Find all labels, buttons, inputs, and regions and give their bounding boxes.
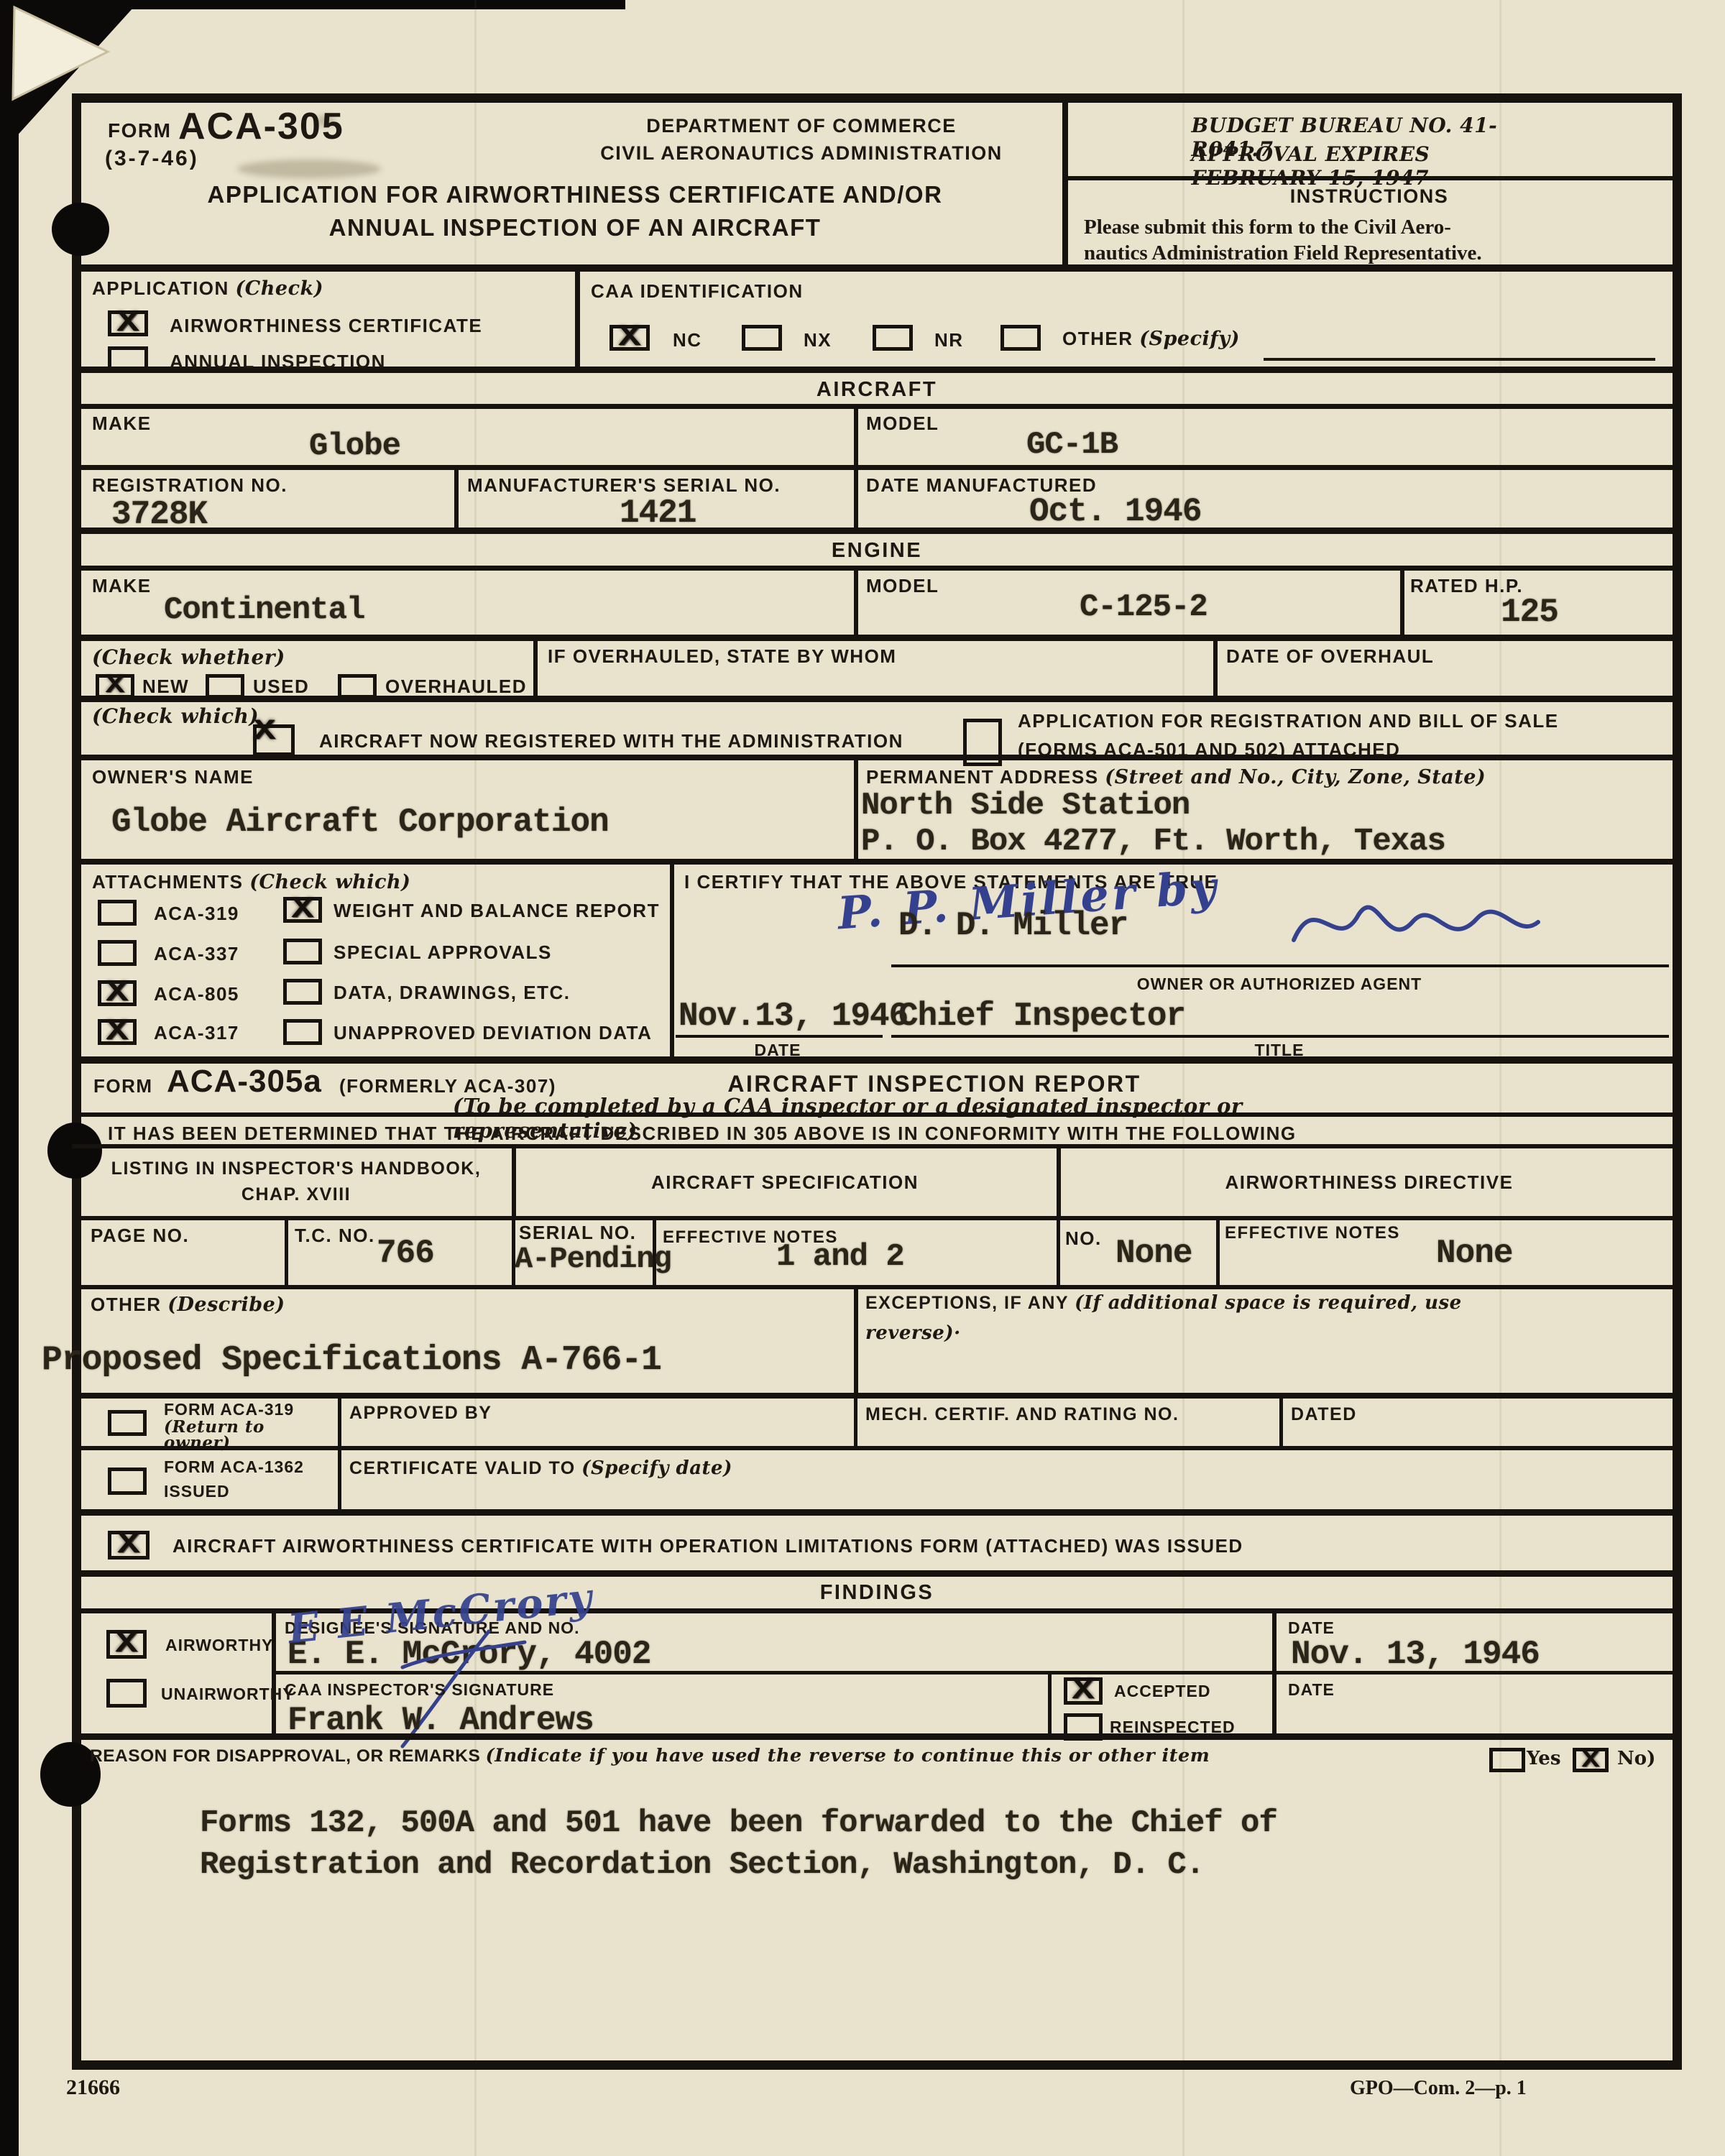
checkmark: X — [282, 900, 323, 919]
dated-label: DATED — [1291, 1404, 1357, 1425]
date-rule — [676, 1035, 883, 1038]
application-check-hint: (Check) — [236, 277, 324, 300]
checkmark: X — [106, 314, 149, 333]
divider — [72, 566, 1682, 571]
checkbox-engine-overhauled[interactable] — [338, 674, 377, 699]
overhauled-by-label: IF OVERHAULED, STATE BY WHOM — [548, 645, 896, 668]
checkmark: X — [106, 1534, 151, 1556]
owner-address-line2: P. O. Box 4277, Ft. Worth, Texas — [861, 824, 1445, 860]
form-aca-1362-line2: ISSUED — [164, 1482, 230, 1501]
divider — [72, 1509, 1682, 1516]
designee-date-value: Nov. 13, 1946 — [1291, 1636, 1540, 1673]
divider — [575, 272, 580, 367]
checkbox-engine-used[interactable] — [206, 674, 244, 699]
unairworthy-label: UNAIRWORTHY — [161, 1685, 295, 1704]
checkbox-data-drawings[interactable] — [283, 979, 322, 1005]
tc-no-value: 766 — [377, 1235, 434, 1272]
checkmark — [282, 942, 323, 961]
certificate-valid-to-label: CERTIFICATE VALID TO (Specify date) — [349, 1457, 732, 1479]
other-describe-hint: (Describe) — [167, 1294, 285, 1316]
checkmark: X — [96, 984, 137, 1003]
other-label: OTHER (Specify) — [1062, 328, 1240, 350]
divider — [285, 1220, 288, 1285]
no-label: No) — [1617, 1748, 1655, 1769]
designee-date-label: DATE — [1288, 1618, 1335, 1638]
checkmark: X — [96, 1023, 137, 1041]
punch-hole — [52, 203, 109, 256]
attachments-check-hint: (Check which) — [249, 871, 410, 893]
divider — [72, 1285, 1682, 1289]
unapproved-deviation-label: UNAPPROVED DEVIATION DATA — [333, 1022, 652, 1044]
date-manufactured-value: Oct. 1946 — [1029, 493, 1201, 530]
checkmark — [106, 1471, 147, 1491]
divider — [72, 1570, 1682, 1577]
divider — [854, 571, 858, 635]
divider — [1057, 1220, 1060, 1285]
registered-label: AIRCRAFT NOW REGISTERED WITH THE ADMINIS… — [319, 730, 903, 752]
date-of-overhaul-label: DATE OF OVERHAUL — [1226, 645, 1434, 668]
checkbox-accepted[interactable]: X — [1064, 1677, 1103, 1705]
findings-section-title: FINDINGS — [820, 1581, 934, 1605]
permanent-address-label: PERMANENT ADDRESS (Street and No., City,… — [866, 766, 1486, 788]
checkbox-form-aca-1362-issued[interactable] — [108, 1468, 147, 1495]
owner-name-value: Globe Aircraft Corporation — [111, 803, 609, 841]
directive-notes-value: None — [1436, 1235, 1512, 1272]
checkbox-other[interactable] — [1000, 325, 1041, 351]
divider — [72, 859, 1682, 865]
attachments-label: ATTACHMENTS (Check which) — [92, 871, 410, 893]
divider — [72, 528, 1682, 534]
divider — [533, 641, 538, 696]
form-number: ACA-305 — [178, 105, 344, 148]
aca-805-label: ACA-805 — [154, 983, 239, 1005]
mech-certif-label: MECH. CERTIF. AND RATING NO. — [865, 1404, 1179, 1425]
exceptions-label: EXCEPTIONS, IF ANY (If additional space … — [865, 1292, 1462, 1314]
checkbox-reverse-no[interactable]: X — [1573, 1748, 1609, 1772]
certification-date-value: Nov.13, 1946 — [678, 998, 908, 1035]
remarks-line2: Registration and Recordation Section, Wa… — [200, 1847, 1204, 1883]
page-no-label: PAGE NO. — [91, 1225, 189, 1247]
remarks-line1: Forms 132, 500A and 501 have been forwar… — [200, 1805, 1277, 1841]
divider — [72, 1144, 1682, 1148]
aircraft-model-label: MODEL — [866, 413, 939, 435]
rated-hp-value: 125 — [1501, 594, 1558, 631]
divider — [670, 865, 674, 1056]
engine-used-label: USED — [253, 676, 309, 698]
divider — [854, 760, 858, 859]
divider — [1057, 1148, 1061, 1216]
directive-notes-label: EFFECTIVE NOTES — [1225, 1223, 1400, 1243]
signature-rule — [891, 964, 1669, 967]
divider — [72, 1393, 1682, 1399]
approval-expires: APPROVAL EXPIRES FEBRUARY 15, 1947 — [1192, 142, 1547, 190]
aircraft-model-value: GC-1B — [1026, 427, 1118, 463]
engine-make-value: Continental — [164, 592, 364, 628]
valid-to-hint: (Specify date) — [581, 1457, 732, 1479]
checkmark — [1489, 1751, 1526, 1769]
serial-no-label: MANUFACTURER'S SERIAL NO. — [467, 474, 781, 497]
divider — [854, 1399, 857, 1446]
divider — [72, 1216, 1682, 1220]
aca-317-label: ACA-317 — [154, 1022, 239, 1044]
divider — [72, 404, 1682, 409]
listing-header-line1: LISTING IN INSPECTOR'S HANDBOOK, — [111, 1158, 482, 1179]
checkmark: X — [608, 328, 651, 347]
form-number-label: FORM — [108, 119, 171, 142]
serial-no-value: 1421 — [620, 494, 696, 532]
form-revision: (3-7-46) — [105, 147, 199, 171]
punch-hole — [47, 1123, 102, 1179]
checkmark — [282, 982, 323, 1001]
weight-balance-label: WEIGHT AND BALANCE REPORT — [333, 900, 660, 922]
divider — [72, 1446, 1682, 1450]
divider — [72, 755, 1682, 760]
checkmark: X — [242, 719, 287, 744]
data-drawings-label: DATA, DRAWINGS, ETC. — [333, 982, 570, 1004]
form-title-line2: ANNUAL INSPECTION OF AN AIRCRAFT — [329, 214, 822, 241]
divider — [1400, 571, 1404, 635]
form-aca-319-line1: FORM ACA-319 — [164, 1400, 294, 1419]
scanned-form-page: FORM ACA-305 (3-7-46) DEPARTMENT OF COMM… — [0, 0, 1725, 2156]
registration-no-label: REGISTRATION NO. — [92, 474, 287, 497]
checkmark — [740, 328, 783, 347]
305a-form-label: FORM — [93, 1075, 153, 1097]
checkbox-airworthy[interactable]: X — [106, 1630, 147, 1659]
caa-date-label: DATE — [1288, 1680, 1335, 1700]
checkbox-unapproved-deviation[interactable] — [283, 1019, 322, 1045]
divider — [1213, 641, 1218, 696]
aca-319-label: ACA-319 — [154, 903, 239, 925]
divider — [72, 1733, 1682, 1740]
signer-role-label: OWNER OR AUTHORIZED AGENT — [1137, 975, 1422, 994]
checkbox-nc[interactable]: X — [609, 325, 650, 351]
instructions-line1: Please submit this form to the Civil Aer… — [1084, 216, 1451, 239]
engine-make-label: MAKE — [92, 575, 152, 597]
checkbox-cert-issued[interactable]: X — [108, 1531, 149, 1560]
engine-model-value: C-125-2 — [1080, 589, 1207, 625]
other-describe-label: OTHER (Describe) — [91, 1294, 285, 1316]
checkbox-airworthiness-certificate[interactable]: X — [108, 310, 148, 336]
checkmark — [96, 903, 137, 922]
aircraft-make-value: Globe — [309, 428, 400, 464]
divider — [72, 635, 1682, 641]
engine-model-label: MODEL — [866, 575, 939, 597]
cert-issued-label: AIRCRAFT AIRWORTHINESS CERTIFICATE WITH … — [172, 1535, 1243, 1557]
exceptions-hint1: (If additional space is required, use — [1075, 1292, 1462, 1314]
aircraft-make-label: MAKE — [92, 413, 152, 435]
print-code: 21666 — [66, 2076, 120, 2100]
divider — [72, 264, 1682, 272]
checkbox-engine-new[interactable]: X — [96, 674, 134, 699]
divider — [1279, 1399, 1283, 1446]
instructions-title: INSTRUCTIONS — [1290, 185, 1449, 208]
checkbox-nr[interactable] — [873, 325, 913, 351]
divider — [338, 1450, 341, 1509]
exceptions-hint2: reverse)· — [865, 1322, 961, 1344]
checkbox-unairworthy[interactable] — [106, 1679, 147, 1708]
checkmark: X — [1062, 1681, 1103, 1701]
divider — [1216, 1220, 1220, 1285]
caa-inspector-signature-label: CAA INSPECTOR'S SIGNATURE — [285, 1680, 554, 1700]
checkbox-weight-balance[interactable]: X — [283, 897, 322, 923]
aca-337-label: ACA-337 — [154, 943, 239, 965]
reason-remarks-hint: (Indicate if you have used the reverse t… — [486, 1745, 1210, 1766]
checkmark — [871, 328, 914, 347]
checkmark — [106, 350, 149, 369]
yes-label: Yes — [1527, 1748, 1560, 1769]
engine-new-label: NEW — [142, 676, 189, 698]
reason-remarks-label: REASON FOR DISAPPROVAL, OR REMARKS (Indi… — [90, 1745, 1210, 1766]
divider — [72, 696, 1682, 702]
divider — [454, 470, 459, 528]
directive-no-label: NO. — [1065, 1227, 1102, 1250]
gpo-imprint: GPO—Com. 2—p. 1 — [1350, 2077, 1527, 2100]
instructions-line2: nautics Administration Field Representat… — [1084, 241, 1482, 265]
checkbox-nx[interactable] — [742, 325, 782, 351]
divider — [1062, 103, 1068, 264]
approved-by-label: APPROVED BY — [349, 1403, 492, 1424]
application-label: APPLICATION (Check) — [92, 277, 323, 300]
nx-label: NX — [804, 329, 832, 351]
other-specify-field[interactable] — [1264, 358, 1655, 361]
divider — [1048, 1671, 1052, 1733]
checkbox-reverse-yes[interactable] — [1489, 1748, 1525, 1772]
checkbox-aca-805[interactable]: X — [98, 980, 137, 1006]
other-specify-hint: (Specify) — [1139, 328, 1240, 350]
spec-header: AIRCRAFT SPECIFICATION — [651, 1171, 919, 1194]
checkmark — [96, 944, 137, 962]
effective-notes-value: 1 and 2 — [776, 1239, 904, 1275]
check-whether-label: (Check whether) — [92, 645, 285, 669]
department-line2: CIVIL AERONAUTICS ADMINISTRATION — [600, 142, 1003, 165]
checkbox-aca-317[interactable]: X — [98, 1019, 137, 1045]
serial-no-305a-label: SERIAL NO. — [519, 1222, 636, 1244]
accepted-label: ACCEPTED — [1114, 1682, 1211, 1701]
serial-no-305a-value: A-Pending — [515, 1242, 671, 1276]
annual-inspection-label: ANNUAL INSPECTION — [170, 351, 386, 373]
special-approvals-label: SPECIAL APPROVALS — [333, 941, 552, 964]
checkbox-form-aca-319-return[interactable] — [108, 1410, 147, 1436]
checkmark — [282, 1023, 323, 1041]
checkbox-aca-319[interactable] — [98, 900, 137, 926]
divider — [72, 1112, 1682, 1117]
divider — [72, 465, 1682, 470]
nc-label: NC — [673, 329, 702, 351]
directive-no-value: None — [1115, 1235, 1192, 1272]
tc-no-label: T.C. NO. — [295, 1225, 375, 1247]
owner-signature-typed: D. D. Miller — [898, 907, 1128, 944]
directive-header: AIRWORTHINESS DIRECTIVE — [1225, 1171, 1514, 1194]
checkmark: X — [105, 1634, 148, 1655]
checkmark — [204, 678, 245, 695]
airworthy-label: AIRWORTHY — [165, 1636, 273, 1655]
checkmark: X — [1572, 1751, 1609, 1769]
checkbox-annual-inspection[interactable] — [108, 346, 148, 372]
checkmark — [999, 328, 1042, 347]
caa-identification-label: CAA IDENTIFICATION — [591, 280, 804, 303]
checkbox-special-approvals[interactable] — [283, 939, 322, 964]
divider — [338, 1399, 341, 1446]
owner-name-label: OWNER'S NAME — [92, 766, 254, 788]
form-title-line1: APPLICATION FOR AIRWORTHINESS CERTIFICAT… — [208, 181, 943, 208]
divider — [72, 1056, 1682, 1064]
nr-label: NR — [934, 329, 964, 351]
airworthiness-certificate-label: AIRWORTHINESS CERTIFICATE — [170, 315, 482, 337]
other-describe-value: Proposed Specifications A-766-1 — [42, 1341, 661, 1380]
engine-overhauled-label: OVERHAULED — [385, 676, 527, 698]
title-rule — [891, 1035, 1669, 1038]
department-line1: DEPARTMENT OF COMMERCE — [646, 115, 957, 137]
checkbox-aca-337[interactable] — [98, 940, 137, 966]
owner-address-line1: North Side Station — [861, 788, 1190, 824]
check-which-label: (Check which) — [92, 704, 259, 728]
determination-statement: IT HAS BEEN DETERMINED THAT THE AIRCRAFT… — [108, 1123, 1297, 1145]
checkmark — [336, 678, 377, 695]
address-format-hint: (Street and No., City, Zone, State) — [1105, 766, 1486, 788]
checkmark: X — [94, 678, 135, 695]
aircraft-section-title: AIRCRAFT — [816, 378, 937, 402]
checkmark — [106, 1414, 147, 1432]
signer-title-value: Chief Inspector — [898, 998, 1185, 1035]
divider — [854, 409, 858, 465]
305a-form-number: ACA-305a — [167, 1064, 322, 1100]
divider — [854, 1289, 858, 1393]
checkmark — [105, 1682, 148, 1704]
engine-section-title: ENGINE — [832, 539, 922, 563]
registration-application-line1: APPLICATION FOR REGISTRATION AND BILL OF… — [1018, 710, 1559, 732]
divider — [854, 470, 858, 528]
owner-signature-flourish — [1287, 883, 1545, 969]
listing-header-line2: CHAP. XVIII — [241, 1184, 351, 1205]
form-aca-1362-line1: FORM ACA-1362 — [164, 1457, 304, 1477]
checkbox-registered[interactable]: X — [253, 724, 295, 756]
divider — [512, 1148, 516, 1216]
